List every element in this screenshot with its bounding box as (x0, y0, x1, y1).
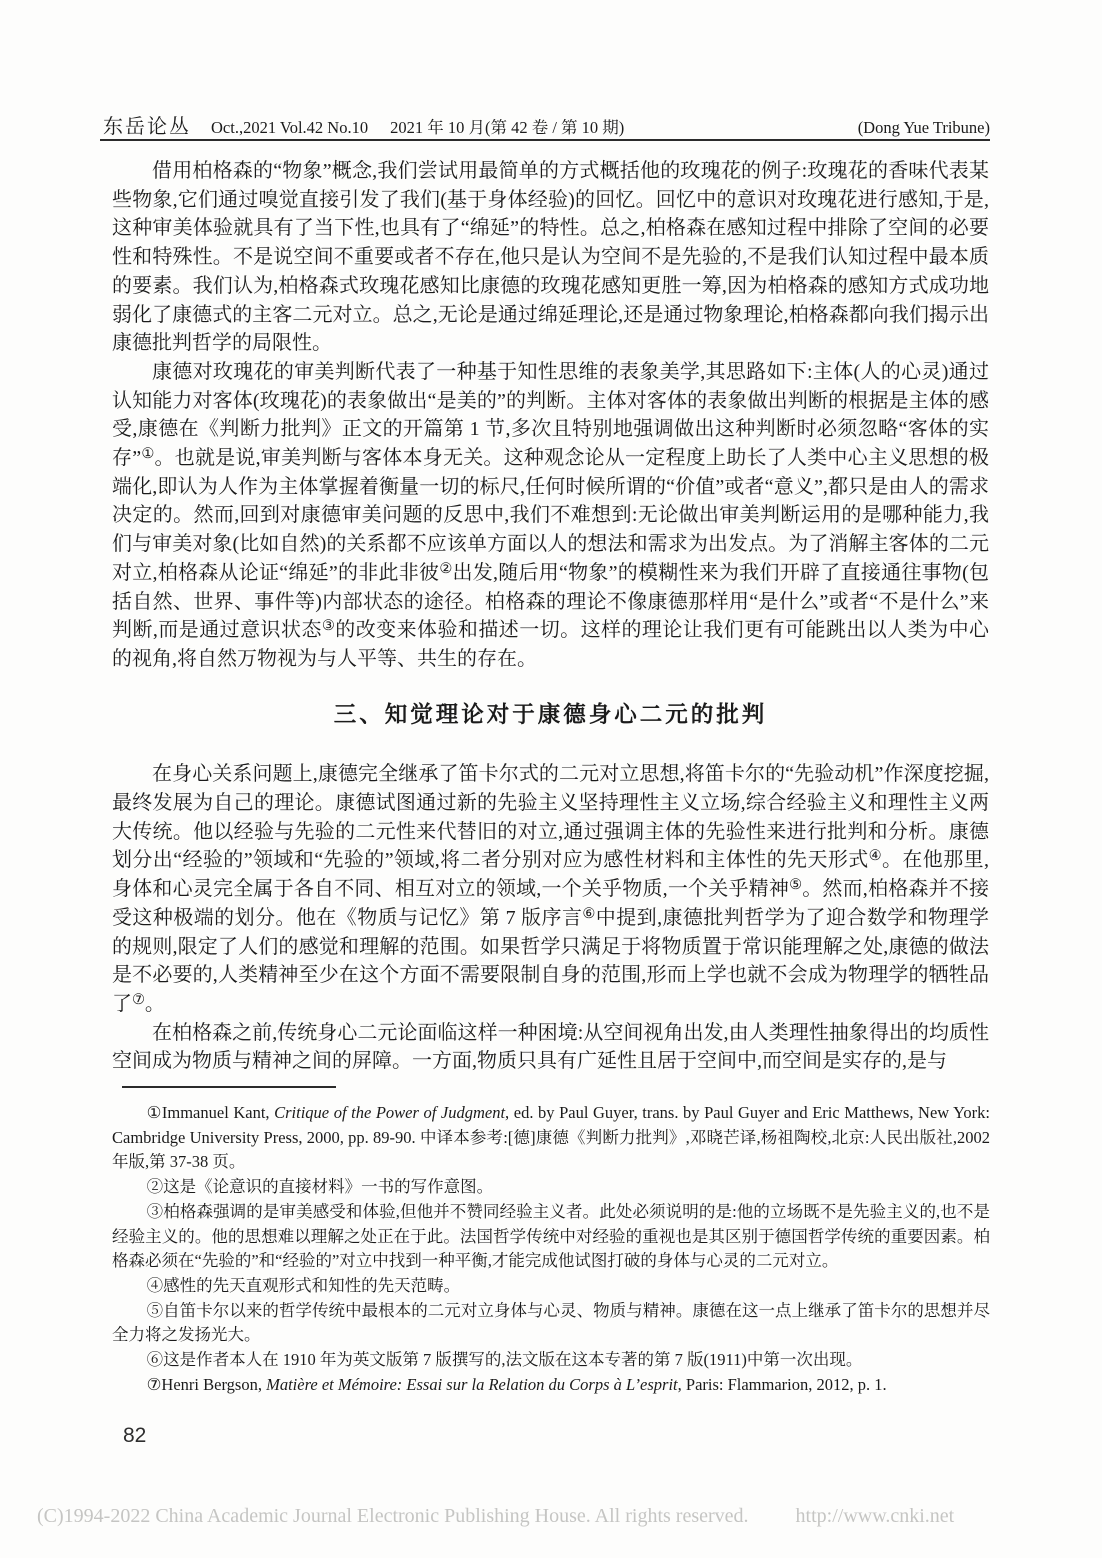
running-head-left: 东岳论丛 Oct.,2021 Vol.42 No.10 2021 年 10 月(… (103, 110, 624, 139)
footnote-ref-7: ⑦ (132, 992, 145, 1008)
footnote-1: ①Immanuel Kant, Critique of the Power of… (112, 1101, 990, 1175)
watermark-url: http://www.cnki.net (796, 1505, 955, 1527)
footnote-ref-1: ① (141, 446, 154, 462)
running-head: 东岳论丛 Oct.,2021 Vol.42 No.10 2021 年 10 月(… (103, 110, 990, 139)
section-heading: 三、知觉理论对于康德身心二元的批判 (112, 701, 989, 730)
book-title: Critique of the Power of Judgment (274, 1103, 505, 1122)
footnote-text: ⑦Henri Bergson, (147, 1375, 266, 1394)
paragraph-1: 借用柏格森的“物象”概念,我们尝试用最简单的方式概括他的玫瑰花的例子:玫瑰花的香… (112, 157, 989, 358)
paragraph-text: 。 (145, 993, 165, 1015)
footnote-2: ②这是《论意识的直接材料》一书的写作意图。 (112, 1175, 990, 1200)
footnote-5: ⑤自笛卡尔以来的哲学传统中最根本的二元对立身体与心灵、物质与精神。康德在这一点上… (112, 1299, 990, 1348)
header-rule (100, 139, 990, 141)
footnote-4: ④感性的先天直观形式和知性的先天范畴。 (112, 1274, 990, 1299)
footnote-ref-4: ④ (869, 848, 882, 864)
paragraph-text: 在身心关系问题上,康德完全继承了笛卡尔式的二元对立思想,将笛卡尔的“先验动机”作… (112, 763, 989, 871)
book-title: Matière et Mémoire: Essai sur la Relatio… (266, 1375, 678, 1394)
footnote-text: ①Immanuel Kant, (147, 1103, 274, 1122)
footnote-7: ⑦Henri Bergson, Matière et Mémoire: Essa… (112, 1373, 990, 1398)
footnote-ref-5: ⑤ (789, 877, 802, 893)
footnotes: ①Immanuel Kant, Critique of the Power of… (112, 1101, 990, 1397)
footnote-3: ③柏格森强调的是审美感受和体验,但他并不赞同经验主义者。此处必须说明的是:他的立… (112, 1200, 990, 1274)
footnote-text: , Paris: Flammarion, 2012, p. 1. (678, 1375, 887, 1394)
footnote-ref-6: ⑥ (582, 906, 595, 922)
journal-page: 东岳论丛 Oct.,2021 Vol.42 No.10 2021 年 10 月(… (0, 0, 1102, 1558)
paragraph-4: 在柏格森之前,传统身心二元论面临这样一种困境:从空间视角出发,由人类理性抽象得出… (112, 1019, 989, 1076)
issue-info-cn: 2021 年 10 月(第 42 卷 / 第 10 期) (390, 114, 624, 138)
article-body: 借用柏格森的“物象”概念,我们尝试用最简单的方式概括他的玫瑰花的例子:玫瑰花的香… (112, 157, 989, 1076)
copyright-text: (C)1994-2022 China Academic Journal Elec… (37, 1505, 749, 1527)
footnote-6: ⑥这是作者本人在 1910 年为英文版第 7 版撰写的,法文版在这本专著的第 7… (112, 1348, 990, 1373)
paragraph-2: 康德对玫瑰花的审美判断代表了一种基于知性思维的表象美学,其思路如下:主体(人的心… (112, 358, 989, 674)
footnote-ref-2: ② (439, 561, 452, 577)
page-number: 82 (123, 1424, 146, 1448)
journal-title-cn: 东岳论丛 (103, 110, 191, 139)
copyright-watermark: (C)1994-2022 China Academic Journal Elec… (37, 1505, 954, 1528)
issue-info-en: Oct.,2021 Vol.42 No.10 (211, 118, 368, 138)
journal-title-en: (Dong Yue Tribune) (858, 118, 990, 138)
footnote-ref-3: ③ (322, 618, 335, 634)
footnote-separator (122, 1086, 336, 1088)
paragraph-3: 在身心关系问题上,康德完全继承了笛卡尔式的二元对立思想,将笛卡尔的“先验动机”作… (112, 760, 989, 1018)
